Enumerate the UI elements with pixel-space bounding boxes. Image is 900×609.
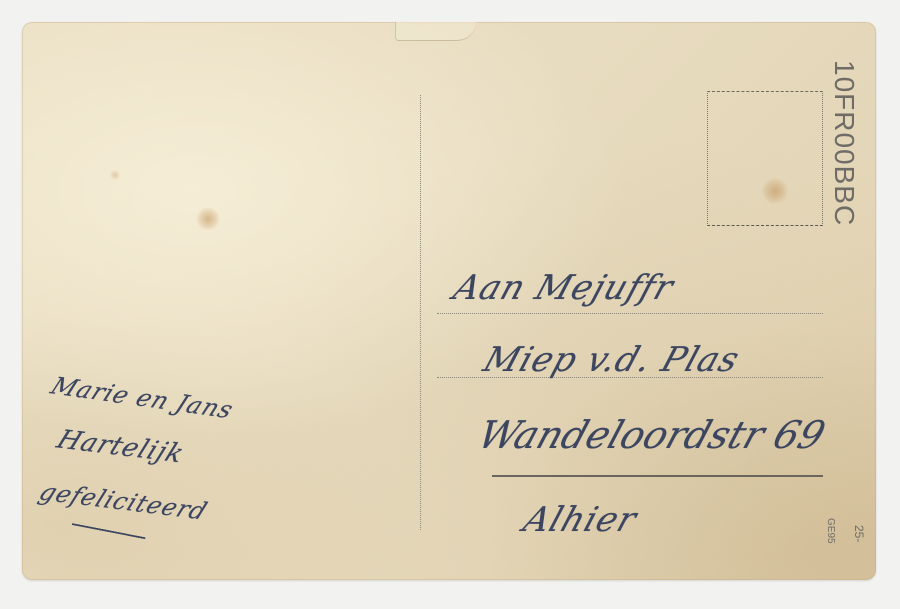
foxing-stain bbox=[110, 170, 120, 180]
scan-background: Aan Mejuffr Miep v.d. Plas Wandeloordstr… bbox=[0, 0, 900, 609]
center-divider bbox=[420, 95, 421, 530]
pencil-catalog-id: 10FR00BBC bbox=[828, 60, 860, 226]
torn-edge bbox=[395, 22, 476, 41]
address-line-1-rule bbox=[437, 313, 823, 314]
address-salutation: Aan Mejuffr bbox=[449, 268, 679, 308]
address-street: Wandeloordstr 69 bbox=[473, 413, 831, 457]
foxing-stain bbox=[196, 208, 220, 230]
stamp-box bbox=[707, 91, 823, 226]
pencil-price: 25- bbox=[852, 525, 866, 542]
address-city: Alhier bbox=[519, 500, 643, 540]
address-line-3-rule bbox=[492, 475, 823, 477]
pencil-code: GE95 bbox=[825, 518, 836, 544]
address-recipient: Miep v.d. Plas bbox=[479, 340, 745, 380]
